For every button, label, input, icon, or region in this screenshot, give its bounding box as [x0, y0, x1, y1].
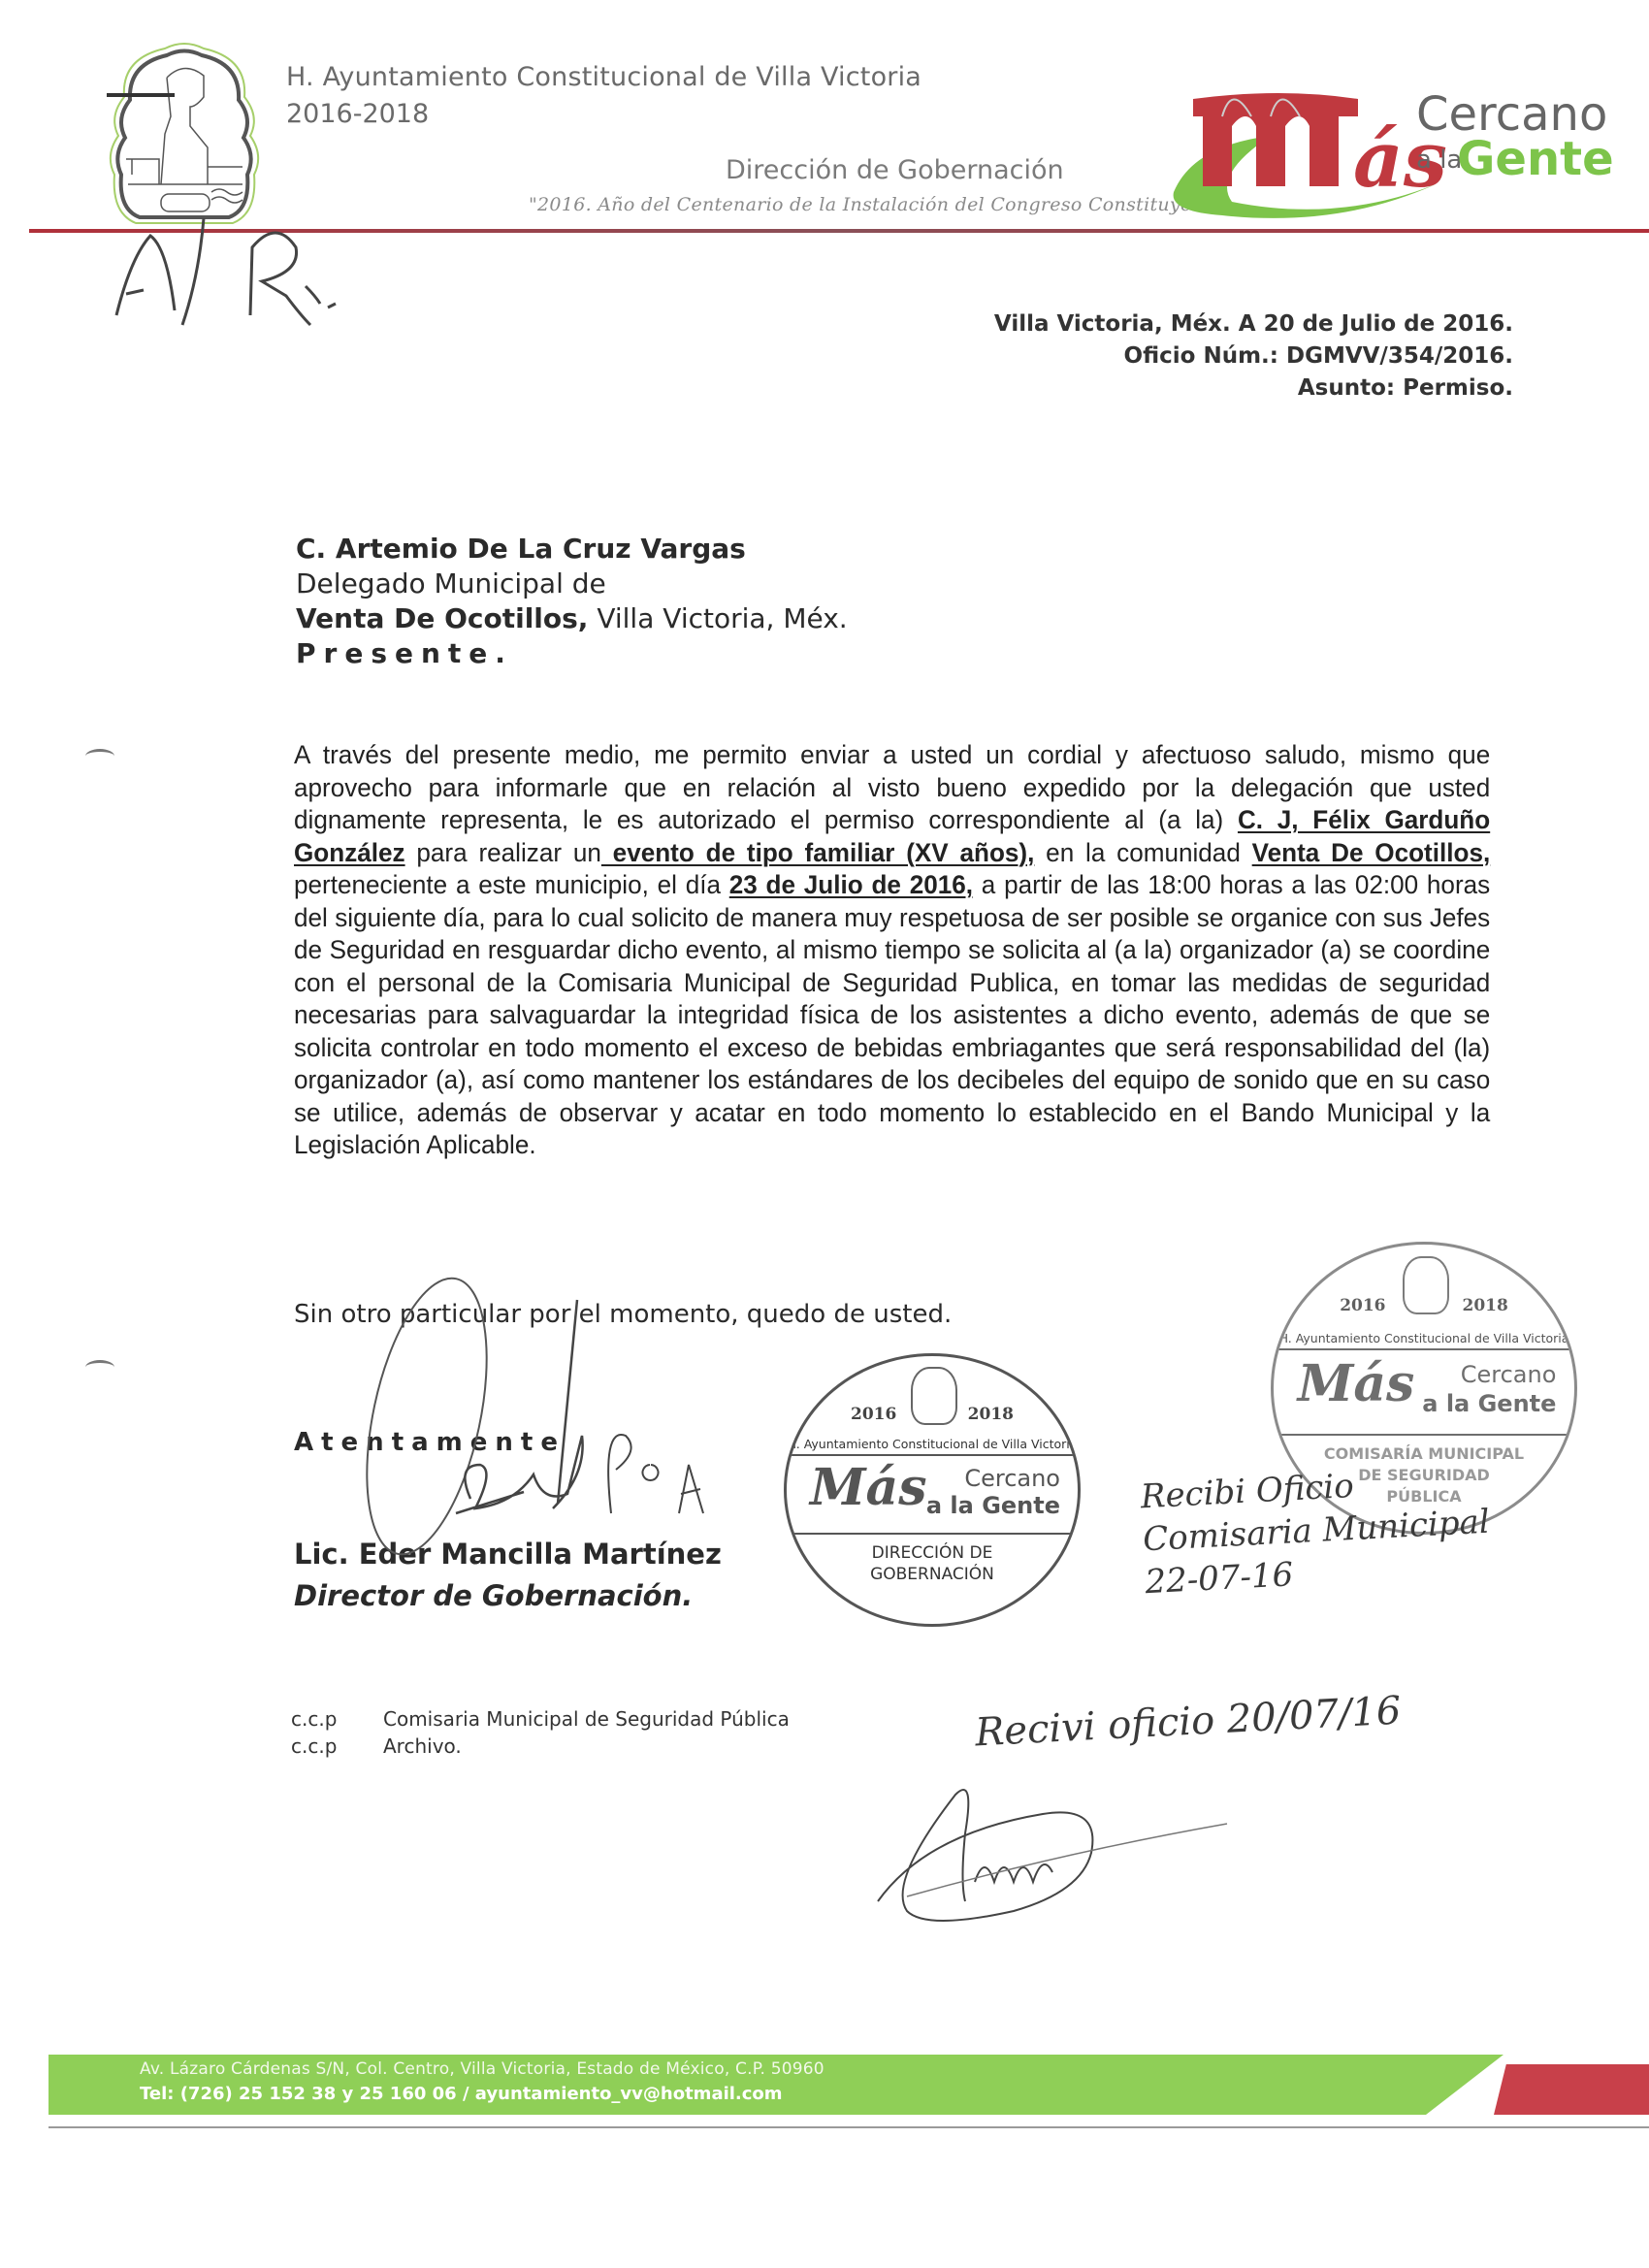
- footer-contact: Tel: (726) 25 152 38 y 25 160 06 / ayunt…: [140, 2084, 783, 2104]
- administration-period: 2016-2018: [286, 99, 429, 129]
- delegate-signature: [868, 1775, 1237, 1930]
- event-community: Venta De Ocotillos,: [1252, 838, 1491, 867]
- footer-green-tip: [1426, 2055, 1503, 2115]
- ccp-item: c.c.pArchivo.: [291, 1733, 790, 1760]
- footer: Av. Lázaro Cárdenas S/N, Col. Centro, Vi…: [0, 2055, 1649, 2134]
- stamp-department: DIRECCIÓN DE GOBERNACIÓN: [787, 1533, 1078, 1585]
- body-text-2: para realizar un: [405, 838, 601, 867]
- stamp-brand: Más Cercano a la Gente: [787, 1463, 1078, 1522]
- stamp-brand-cercano: Cercano: [1461, 1361, 1557, 1388]
- handwritten-receipt-comisaria: Recibi Oficio Comisaria Municipal 22-07-…: [1140, 1458, 1493, 1604]
- ccp-value: Comisaria Municipal de Seguridad Pública: [383, 1707, 790, 1731]
- handwritten-receipt-delegate: Recivi oficio 20/07/16: [974, 1689, 1402, 1756]
- oficio-number: Oficio Núm.: DGMVV/354/2016.: [994, 340, 1513, 373]
- footer-address: Av. Lázaro Cárdenas S/N, Col. Centro, Vi…: [140, 2059, 824, 2079]
- stamp-org: H. Ayuntamiento Constitucional de Villa …: [787, 1437, 1078, 1456]
- event-type: evento de tipo familiar (XV años),: [601, 838, 1034, 867]
- stamp-brand: Más Cercano a la Gente: [1274, 1359, 1574, 1422]
- stamp-brand-cercano: Cercano: [964, 1465, 1060, 1492]
- scan-artifact: [85, 749, 114, 763]
- stamp-year-end: 2018: [968, 1405, 1014, 1424]
- subject: Asunto: Permiso.: [994, 373, 1513, 405]
- ccp-value: Archivo.: [383, 1734, 462, 1758]
- ccp-label: c.c.p: [291, 1705, 383, 1733]
- footer-red-ribbon: [1494, 2064, 1649, 2115]
- footer-rule: [48, 2126, 1649, 2128]
- addressee-role: Delegado Municipal de: [296, 567, 848, 601]
- stamp-direccion-gobernacion: 20162018 H. Ayuntamiento Constitucional …: [784, 1353, 1081, 1627]
- place-date: Villa Victoria, Méx. A 20 de Julio de 20…: [994, 308, 1513, 340]
- director-signature: [359, 1271, 727, 1581]
- stamp-year-end: 2018: [1462, 1296, 1507, 1315]
- stamp-brand-gente: a la Gente: [1422, 1390, 1556, 1417]
- signer-title: Director de Gobernación.: [294, 1579, 693, 1612]
- organization-name: H. Ayuntamiento Constitucional de Villa …: [286, 62, 921, 92]
- stamp-dept-line: DIRECCIÓN DE: [787, 1542, 1078, 1564]
- addressee-name: C. Artemio De La Cruz Vargas: [296, 532, 848, 567]
- addressee-community: Venta De Ocotillos, Villa Victoria, Méx.: [296, 601, 848, 636]
- department-name: Dirección de Gobernación: [726, 155, 1064, 185]
- stamp-dept-line: GOBERNACIÓN: [787, 1564, 1078, 1585]
- scan-artifact: [85, 1360, 114, 1375]
- presente: Presente.: [296, 636, 848, 671]
- stamp-year-start: 2016: [851, 1405, 896, 1424]
- stamp-years: 20162018: [1274, 1296, 1574, 1315]
- stamp-brand-gente: a la Gente: [926, 1492, 1060, 1519]
- community-bold: Venta De Ocotillos,: [296, 602, 588, 634]
- body-text-4: perteneciente a este municipio, el día: [294, 870, 729, 899]
- letter-body: A través del presente medio, me permito …: [294, 739, 1490, 1162]
- document-meta: Villa Victoria, Méx. A 20 de Julio de 20…: [994, 308, 1513, 405]
- addressee-block: C. Artemio De La Cruz Vargas Delegado Mu…: [296, 532, 848, 671]
- event-date: 23 de Julio de 2016,: [729, 870, 973, 899]
- body-text-3: en la comunidad: [1034, 838, 1251, 867]
- stamp-years: 20162018: [787, 1405, 1078, 1424]
- footer-green-band: Av. Lázaro Cárdenas S/N, Col. Centro, Vi…: [48, 2055, 1426, 2115]
- brand-gente: Gente: [1457, 132, 1614, 186]
- handwritten-initials-signature: [107, 218, 339, 335]
- brand-a-la: a la: [1416, 146, 1462, 175]
- municipal-crest-logo: [107, 39, 262, 233]
- stamp-org: H. Ayuntamiento Constitucional de Villa …: [1274, 1331, 1574, 1350]
- year-motto: "2016. Año del Centenario de la Instalac…: [529, 194, 1232, 215]
- stamp-brand-mas: Más: [1298, 1359, 1415, 1409]
- community-rest: Villa Victoria, Méx.: [588, 602, 847, 634]
- ccp-item: c.c.pComisaria Municipal de Seguridad Pú…: [291, 1705, 790, 1733]
- stamp-brand-mas: Más: [810, 1463, 927, 1513]
- copies-list: c.c.pComisaria Municipal de Seguridad Pú…: [291, 1705, 790, 1760]
- ccp-label: c.c.p: [291, 1733, 383, 1760]
- stamp-year-start: 2016: [1340, 1296, 1385, 1315]
- body-text-5: a partir de las 18:00 horas a las 02:00 …: [294, 870, 1490, 1159]
